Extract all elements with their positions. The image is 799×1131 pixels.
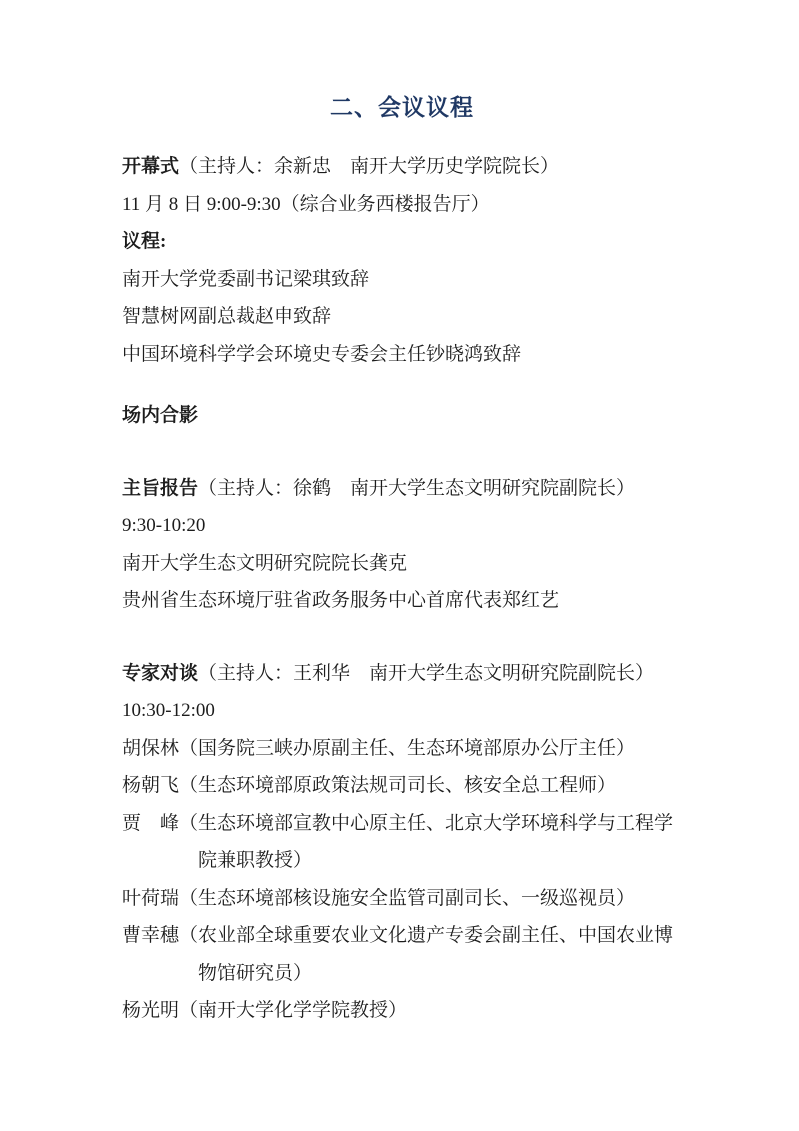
- section-heading: 开幕式: [122, 156, 179, 177]
- panelist-line-5: 曹幸穗（农业部全球重要农业文化遗产专委会副主任、中国农业博: [122, 917, 682, 955]
- page-title: 二、会议议程: [122, 92, 682, 122]
- section-heading: 议程:: [122, 231, 166, 252]
- section-heading: 专家对谈: [122, 663, 198, 684]
- opening-speech-line-2: 智慧树网副总裁赵申致辞: [122, 298, 682, 336]
- keynote-heading-line: 主旨报告（主持人：徐鹤 南开大学生态文明研究院副院长）: [122, 470, 682, 508]
- panelist-line-6: 杨光明（南开大学化学学院教授）: [122, 992, 682, 1030]
- line-text: 中国环境科学学会环境史专委会主任钞晓鸿致辞: [122, 344, 521, 365]
- line-text: 南开大学生态文明研究院院长龚克: [122, 553, 407, 574]
- line-text: 11 月 8 日 9:00-9:30（综合业务西楼报告厅）: [122, 194, 490, 215]
- keynote-speaker-line-2: 贵州省生态环境厅驻省政务服务中心首席代表郑红艺: [122, 582, 682, 620]
- opening-speech-line-1: 南开大学党委副书记梁琪致辞: [122, 261, 682, 299]
- panel-heading-line: 专家对谈（主持人：王利华 南开大学生态文明研究院副院长）: [122, 655, 682, 693]
- line-text: 智慧树网副总裁赵申致辞: [122, 306, 331, 327]
- line-text: （主持人：余新忠 南开大学历史学院院长）: [179, 156, 559, 177]
- opening-ceremony-heading-line: 开幕式（主持人：余新忠 南开大学历史学院院长）: [122, 148, 682, 186]
- opening-time-venue-line: 11 月 8 日 9:00-9:30（综合业务西楼报告厅）: [122, 186, 682, 224]
- line-text: 曹幸穗（农业部全球重要农业文化遗产专委会副主任、中国农业博: [122, 925, 673, 946]
- line-text: （主持人：徐鹤 南开大学生态文明研究院副院长）: [198, 478, 635, 499]
- panelist-line-3-continuation: 院兼职教授）: [122, 842, 682, 880]
- panelist-line-5-continuation: 物馆研究员）: [122, 955, 682, 993]
- line-text: 贾 峰（生态环境部宣教中心原主任、北京大学环境科学与工程学: [122, 813, 673, 834]
- line-text: （主持人：王利华 南开大学生态文明研究院副院长）: [198, 663, 654, 684]
- line-text: 9:30-10:20: [122, 515, 205, 536]
- keynote-time-line: 9:30-10:20: [122, 507, 682, 545]
- panelist-line-4: 叶荷瑞（生态环境部核设施安全监管司副司长、一级巡视员）: [122, 880, 682, 918]
- panelist-line-1: 胡保林（国务院三峡办原副主任、生态环境部原办公厅主任）: [122, 730, 682, 768]
- line-text: 贵州省生态环境厅驻省政务服务中心首席代表郑红艺: [122, 590, 559, 611]
- line-text: 物馆研究员）: [198, 963, 312, 984]
- line-text: 10:30-12:00: [122, 700, 215, 721]
- panelist-line-3: 贾 峰（生态环境部宣教中心原主任、北京大学环境科学与工程学: [122, 805, 682, 843]
- section-heading: 场内合影: [122, 405, 198, 426]
- line-text: 杨朝飞（生态环境部原政策法规司司长、核安全总工程师）: [122, 775, 616, 796]
- section-heading: 主旨报告: [122, 478, 198, 499]
- keynote-speaker-line-1: 南开大学生态文明研究院院长龚克: [122, 545, 682, 583]
- line-text: 胡保林（国务院三峡办原副主任、生态环境部原办公厅主任）: [122, 738, 635, 759]
- opening-speech-line-3: 中国环境科学学会环境史专委会主任钞晓鸿致辞: [122, 336, 682, 374]
- panel-time-line: 10:30-12:00: [122, 692, 682, 730]
- agenda-label-line: 议程:: [122, 223, 682, 261]
- line-text: 院兼职教授）: [198, 850, 312, 871]
- agenda-content: 二、会议议程 开幕式（主持人：余新忠 南开大学历史学院院长） 11 月 8 日 …: [122, 92, 682, 1030]
- line-text: 杨光明（南开大学化学学院教授）: [122, 1000, 407, 1021]
- group-photo-heading-line: 场内合影: [122, 397, 682, 435]
- line-text: 叶荷瑞（生态环境部核设施安全监管司副司长、一级巡视员）: [122, 888, 635, 909]
- document-page: 二、会议议程 开幕式（主持人：余新忠 南开大学历史学院院长） 11 月 8 日 …: [0, 0, 799, 1131]
- panelist-line-2: 杨朝飞（生态环境部原政策法规司司长、核安全总工程师）: [122, 767, 682, 805]
- line-text: 南开大学党委副书记梁琪致辞: [122, 269, 369, 290]
